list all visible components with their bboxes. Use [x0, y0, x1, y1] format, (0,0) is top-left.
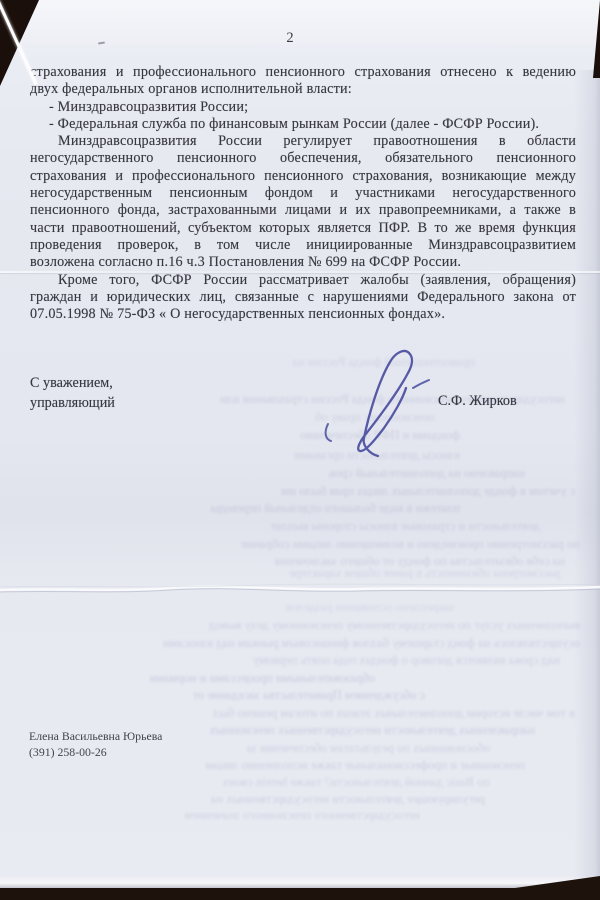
scanner-background-edge-top-right — [593, 0, 600, 78]
body-line: страхования и профессионального пенсионн… — [30, 64, 576, 81]
body-line: части правоотношений, субъектом которых … — [30, 220, 576, 237]
bleedthrough-line: выполненных услуг по негосударственному … — [60, 618, 580, 633]
body-line: страхования и профессионального пенсионн… — [30, 168, 576, 185]
body-line: Кроме того, ФСФР России рассматривает жа… — [30, 272, 576, 289]
paper-sheet: правоотношений фонда России нанегосударс… — [0, 0, 600, 888]
bleedthrough-line: направлено на дополнительный срок — [225, 466, 525, 481]
scanner-background-corner-bottom-right — [515, 876, 600, 888]
bleedthrough-line: с учетом в фонде дополнительных лицах пр… — [105, 484, 575, 499]
bleedthrough-line: негосударственного пенсионного значением — [40, 808, 420, 823]
paper-bottom-edge-highlight — [0, 876, 600, 888]
bleedthrough-line: по рассмотрению произведено и возмещению… — [35, 537, 580, 552]
body-line: граждан и юридических лиц, связанные с н… — [30, 289, 576, 306]
bleedthrough-line: с обсуждением Правительства заседание от — [95, 688, 425, 703]
signer-name-text: С.Ф. Жирков — [438, 391, 517, 411]
paper-shading-right-edge — [574, 70, 600, 888]
letter-body: страхования и профессионального пенсионн… — [30, 64, 576, 323]
scan-speck — [98, 42, 105, 45]
salutation-text: С уважением, — [30, 373, 113, 393]
bleedthrough-line: на себя обязательства по фонду от общего… — [55, 554, 565, 569]
body-line: проведения проверок, в том числе инициир… — [30, 237, 576, 254]
bleedthrough-line: в том числе истории дополнительных этапа… — [45, 706, 575, 721]
body-line: Минздравсоцразвития России регулирует пр… — [30, 133, 576, 150]
bleedthrough-line: платежи в виде большого отдельный перево… — [130, 501, 460, 516]
scanner-background-corner-top-left — [0, 0, 39, 86]
bleedthrough-line: над срока являются договор о фондах года… — [40, 653, 560, 668]
body-line: негосударственным пенсионным фондом и уч… — [30, 185, 576, 202]
fold-crease-minor — [0, 271, 600, 273]
bleedthrough-line: по Basic данной деятельности? также here… — [60, 775, 490, 790]
contact-name: Елена Васильевна Юрьева — [29, 729, 162, 745]
bleedthrough-line: закреплено основании разделов — [155, 600, 455, 615]
contact-block: Елена Васильевна Юрьева (391) 258-00-26 — [29, 729, 162, 760]
paper-shading-middle — [0, 430, 600, 580]
body-line: двух федеральных органов исполнительной … — [30, 81, 576, 98]
scanner-background-bottom-strip — [0, 888, 600, 900]
body-line: негосударственного пенсионного обеспечен… — [30, 150, 576, 167]
body-line: - Минздравсоцразвития России; — [30, 99, 576, 116]
body-line: - Федеральная служба по финансовым рынка… — [30, 116, 576, 133]
bleedthrough-line: осуществлялось на фонд старшему баллов ф… — [35, 636, 580, 651]
signer-title-text: управляющий — [30, 393, 115, 413]
body-line: пенсионного фонда, застрахованными лицам… — [30, 202, 576, 219]
contact-phone: (391) 258-00-26 — [29, 745, 162, 761]
handwritten-signature-icon — [318, 344, 436, 460]
page-number: 2 — [270, 30, 310, 47]
body-line: возложена согласно п.16 ч.3 Постановлени… — [30, 254, 576, 271]
bleedthrough-line: деятельности и страховые взносы стороны … — [60, 519, 540, 534]
bleedthrough-line: регулирующее деятельности негосударствен… — [45, 792, 485, 807]
scanned-letter-page: правоотношений фонда России нанегосударс… — [0, 0, 600, 900]
body-line: 07.05.1998 № 75-ФЗ « О негосударственных… — [30, 306, 576, 323]
fold-crease-main — [0, 578, 600, 600]
bleedthrough-line: образовательными процессами и нормами — [55, 671, 375, 686]
bleedthrough-line: пенсионные и профессиональные также испо… — [55, 758, 525, 773]
